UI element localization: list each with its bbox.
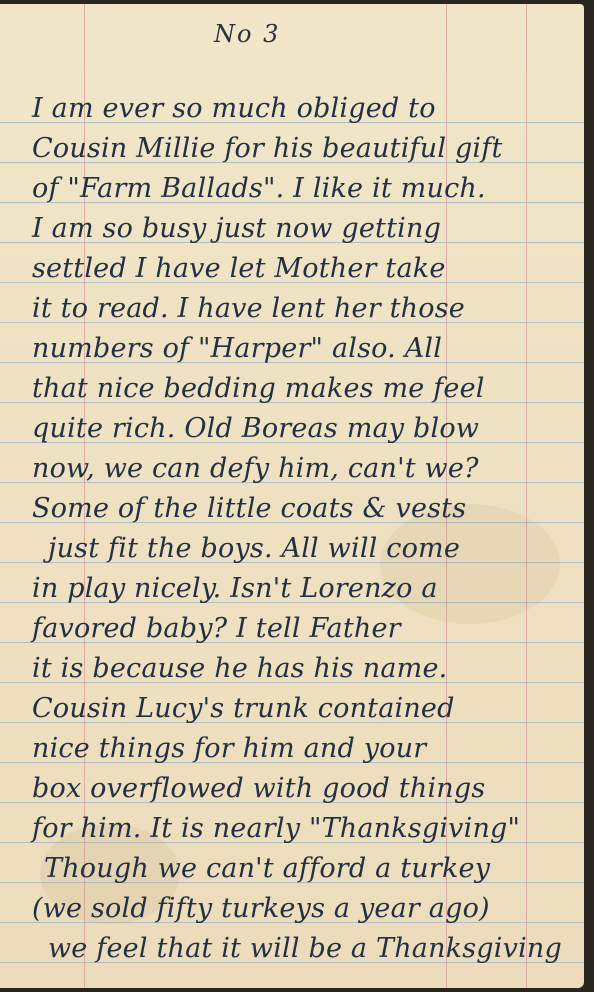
handwritten-line: it is because he has his name.	[32, 654, 570, 684]
handwritten-line: favored baby? I tell Father	[32, 614, 570, 644]
handwritten-line: of "Farm Ballads". I like it much.	[32, 174, 570, 204]
letter-page: No 3 I am ever so much obliged to Cousin…	[0, 4, 584, 988]
handwritten-line: that nice bedding makes me feel	[32, 374, 570, 404]
handwritten-line: just fit the boys. All will come	[48, 534, 570, 564]
handwritten-line: I am ever so much obliged to	[32, 94, 570, 124]
handwritten-line: box overflowed with good things	[32, 774, 570, 804]
handwritten-line: numbers of "Harper" also. All	[32, 334, 570, 364]
page-number-heading: No 3	[214, 20, 280, 48]
handwritten-line: Cousin Millie for his beautiful gift	[32, 134, 570, 164]
handwritten-line: settled I have let Mother take	[32, 254, 570, 284]
handwritten-line: it to read. I have lent her those	[32, 294, 570, 324]
handwritten-line: in play nicely. Isn't Lorenzo a	[32, 574, 570, 604]
handwritten-line: nice things for him and your	[32, 734, 570, 764]
handwritten-line: quite rich. Old Boreas may blow	[32, 414, 570, 444]
handwritten-line: Cousin Lucy's trunk contained	[32, 694, 570, 724]
handwritten-line: now, we can defy him, can't we?	[32, 454, 570, 484]
handwritten-line: (we sold fifty turkeys a year ago)	[32, 894, 570, 924]
handwritten-line: I am so busy just now getting	[32, 214, 570, 244]
handwritten-line: for him. It is nearly "Thanksgiving"	[32, 814, 570, 844]
handwritten-line: we feel that it will be a Thanksgiving	[48, 934, 570, 964]
handwritten-line: Though we can't afford a turkey	[44, 854, 570, 884]
handwritten-line: Some of the little coats & vests	[32, 494, 570, 524]
